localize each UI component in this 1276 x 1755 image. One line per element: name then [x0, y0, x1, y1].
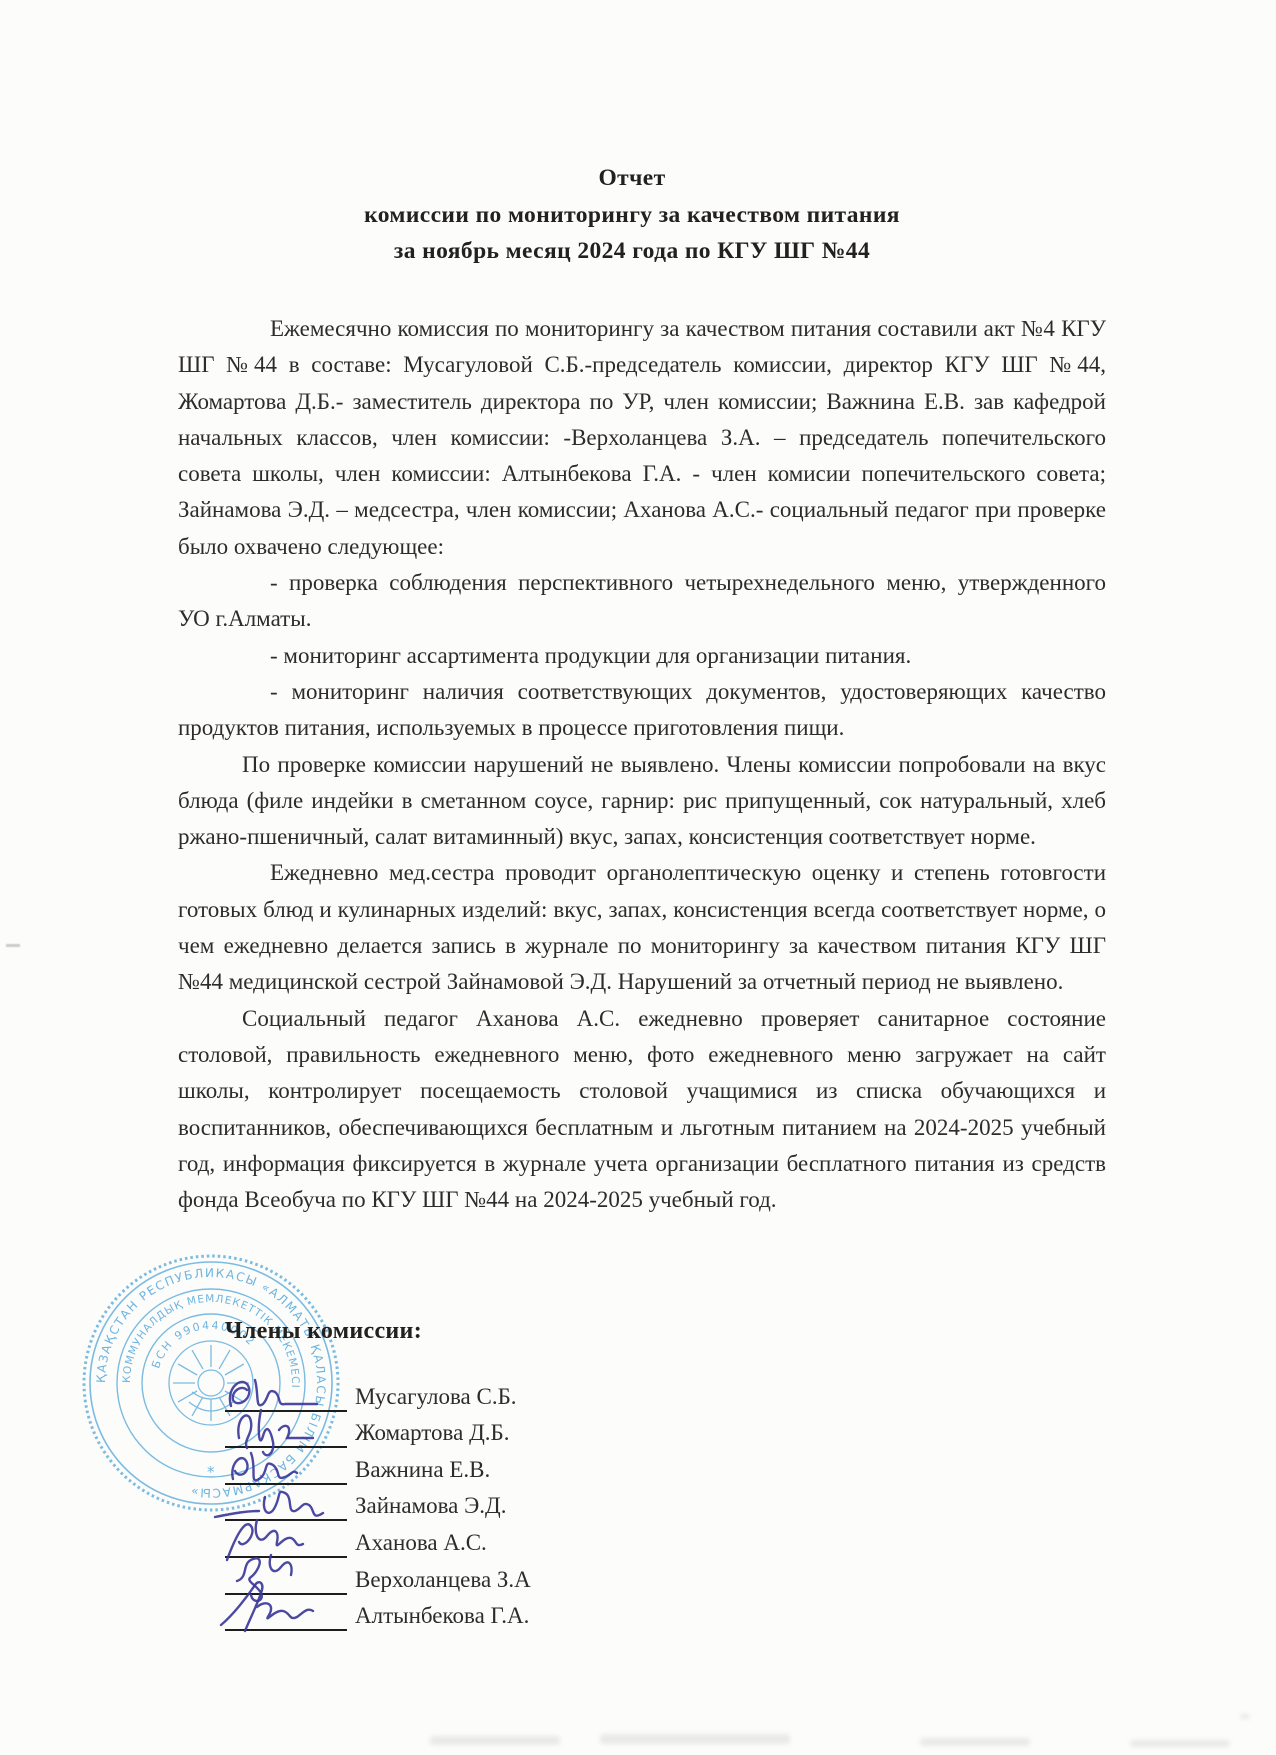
paragraph: - проверка соблюдения перспективного чет… [178, 565, 1106, 638]
title-line-2: комиссии по мониторингу за качеством пит… [168, 197, 1096, 234]
scan-artifact [1130, 1740, 1230, 1747]
paragraph: Ежемесячно комиссия по мониторингу за ка… [178, 311, 1106, 565]
signature-heading: Члены комиссии: [225, 1318, 531, 1345]
handwritten-signature [213, 1573, 343, 1645]
document-body: Ежемесячно комиссия по мониторингу за ка… [178, 311, 1106, 1218]
signature-section: Члены комиссии: Мусагулова С.Б. Жомартов… [225, 1318, 531, 1631]
paragraph: Ежедневно мед.сестра проводит органолепт… [178, 855, 1106, 1000]
scan-artifact [6, 944, 20, 947]
signature-name: Аханова А.С. [355, 1528, 487, 1558]
paragraph: - мониторинг ассартимента продукции для … [178, 638, 1106, 674]
scan-artifact [430, 1736, 560, 1745]
signature-line [225, 1603, 347, 1631]
signature-row: Алтынбекова Г.А. [225, 1595, 531, 1632]
scan-artifact [1240, 1714, 1250, 1719]
signature-name: Жомартова Д.Б. [355, 1418, 509, 1448]
scan-artifact [600, 1734, 790, 1744]
paragraph: - мониторинг наличия соответствующих док… [178, 674, 1106, 747]
signature-name: Мусагулова С.Б. [355, 1382, 517, 1412]
document-title: Отчет комиссии по мониторингу за качеств… [168, 160, 1096, 270]
scan-artifact [920, 1738, 1030, 1746]
paragraph: По проверке комиссии нарушений не выявле… [178, 747, 1106, 856]
signature-name: Важнина Е.В. [355, 1455, 490, 1485]
signature-name: Алтынбекова Г.А. [355, 1601, 529, 1631]
scanned-report-page: Отчет комиссии по мониторингу за качеств… [0, 0, 1276, 1755]
title-line-1: Отчет [168, 160, 1096, 197]
paragraph: Социальный педагог Аханова А.С. ежедневн… [178, 1001, 1106, 1219]
signature-rows: Мусагулова С.Б. Жомартова Д.Б. Важнина Е… [225, 1375, 531, 1631]
title-line-3: за ноябрь месяц 2024 года по КГУ ШГ №44 [168, 233, 1096, 270]
signature-name: Верхоланцева З.А [355, 1565, 531, 1595]
signature-name: Зайнамова Э.Д. [355, 1491, 507, 1521]
